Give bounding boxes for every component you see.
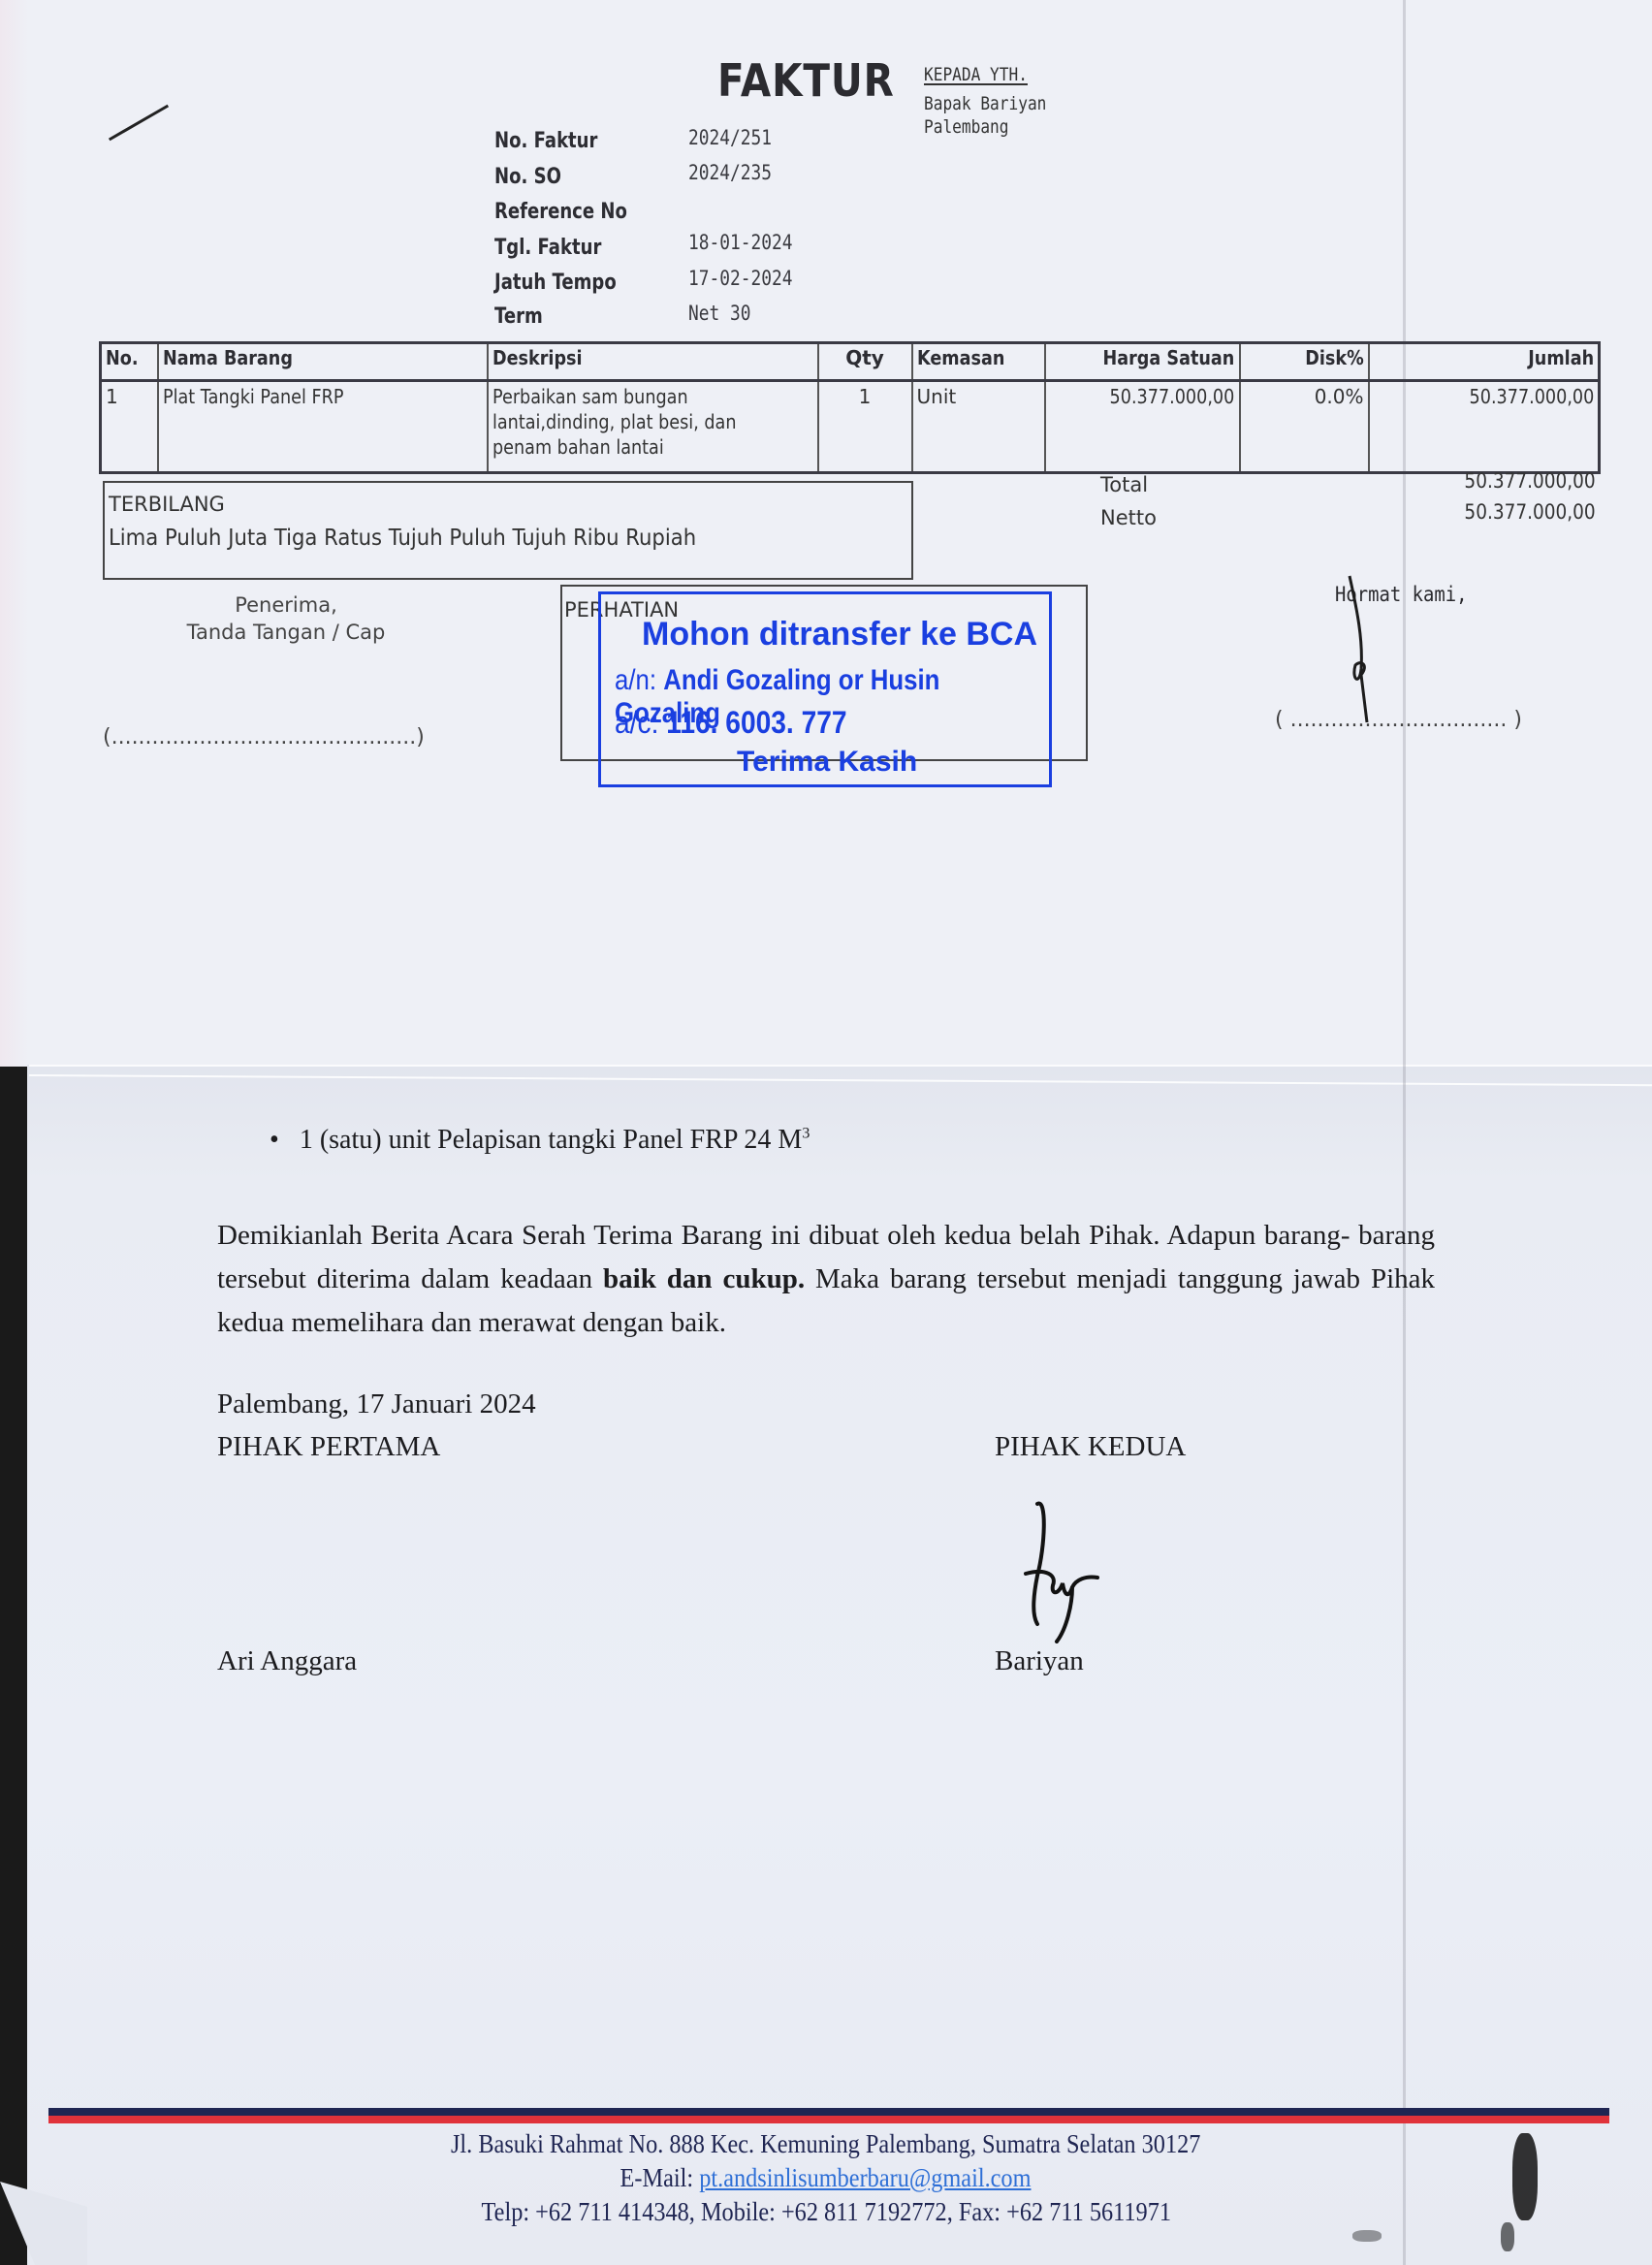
- footer-red-bar: [48, 2116, 1609, 2123]
- field-label-tgl-faktur: Tgl. Faktur: [494, 236, 601, 260]
- field-label-term: Term: [494, 304, 543, 329]
- receiver-caption: Penerima,: [155, 593, 417, 617]
- terbilang-label: TERBILANG: [109, 493, 225, 516]
- cell-kemasan: Unit: [912, 381, 1045, 473]
- col-header-deskripsi: Deskripsi: [488, 343, 818, 381]
- cell-disk: 0.0%: [1240, 381, 1369, 473]
- field-value-no-so: 2024/235: [688, 161, 772, 184]
- stamp-thanks: Terima Kasih: [737, 746, 917, 779]
- total-label: Total: [1100, 473, 1148, 496]
- second-party-name: Bariyan: [995, 1645, 1084, 1677]
- col-header-nama-barang: Nama Barang: [158, 343, 488, 381]
- field-label-no-so: No. SO: [494, 165, 561, 189]
- footer-phones: Telp: +62 711 414348, Mobile: +62 811 71…: [0, 2197, 1652, 2227]
- cell-no: 1: [101, 381, 158, 473]
- cell-deskripsi: Perbaikan sam bungan lantai,dinding, pla…: [488, 381, 818, 473]
- vertical-crease: [1403, 0, 1406, 2265]
- items-table: No. Nama Barang Deskripsi Qty Kemasan Ha…: [99, 341, 1601, 474]
- field-value-tgl-faktur: 18-01-2024: [688, 231, 792, 254]
- total-value: 50.377.000,00: [1446, 469, 1596, 493]
- place-date: Palembang, 17 Januari 2024: [217, 1388, 536, 1420]
- first-party-label: PIHAK PERTAMA: [217, 1431, 440, 1463]
- receiver-sign-caption: Tanda Tangan / Cap: [155, 621, 417, 644]
- first-party-name: Ari Anggara: [217, 1645, 357, 1677]
- bullet-icon: •: [270, 1125, 279, 1155]
- recipient-heading: KEPADA YTH.: [924, 64, 1028, 85]
- invoice-title: FAKTUR: [717, 54, 895, 107]
- col-header-harga-satuan: Harga Satuan: [1045, 343, 1240, 381]
- table-header-row: No. Nama Barang Deskripsi Qty Kemasan Ha…: [101, 343, 1600, 381]
- field-label-reference-no: Reference No: [494, 200, 627, 224]
- handover-paragraph: Demikianlah Berita Acara Serah Terima Ba…: [217, 1214, 1435, 1345]
- cell-harga-satuan: 50.377.000,00: [1045, 381, 1240, 473]
- table-row: 1 Plat Tangki Panel FRP Perbaikan sam bu…: [101, 381, 1600, 473]
- col-header-no: No.: [101, 343, 158, 381]
- recipient-name: Bapak Bariyan: [924, 93, 1046, 114]
- scan-smudge: [1352, 2230, 1382, 2242]
- stamp-account-number: a/c: 116. 6003. 777: [615, 705, 847, 741]
- field-value-jatuh-tempo: 17-02-2024: [688, 267, 792, 290]
- terbilang-box: TERBILANG Lima Puluh Juta Tiga Ratus Tuj…: [103, 481, 913, 580]
- footer-email-link[interactable]: pt.andsinlisumberbaru@gmail.com: [700, 2163, 1032, 2192]
- field-value-term: Net 30: [688, 302, 750, 325]
- stamp-transfer-instruction: Mohon ditransfer ke BCA: [642, 616, 1037, 654]
- bank-transfer-stamp: Mohon ditransfer ke BCA a/n: Andi Gozali…: [598, 591, 1052, 787]
- field-label-jatuh-tempo: Jatuh Tempo: [494, 271, 617, 295]
- handover-item: • 1 (satu) unit Pelapisan tangki Panel F…: [270, 1125, 810, 1156]
- col-header-qty: Qty: [818, 343, 912, 381]
- scan-smudge: [1512, 2133, 1538, 2220]
- cell-nama-barang: Plat Tangki Panel FRP: [158, 381, 488, 473]
- netto-value: 50.377.000,00: [1446, 500, 1596, 524]
- recipient-city: Palembang: [924, 116, 1009, 138]
- netto-label: Netto: [1100, 506, 1157, 529]
- cell-jumlah: 50.377.000,00: [1369, 381, 1600, 473]
- col-header-disk: Disk%: [1240, 343, 1369, 381]
- col-header-jumlah: Jumlah: [1369, 343, 1600, 381]
- scan-smudge: [1501, 2222, 1514, 2251]
- field-label-no-faktur: No. Faktur: [494, 129, 597, 153]
- footer-address: Jl. Basuki Rahmat No. 888 Kec. Kemuning …: [0, 2129, 1652, 2159]
- cell-qty: 1: [818, 381, 912, 473]
- sender-signature-icon: [1338, 572, 1386, 727]
- second-party-label: PIHAK KEDUA: [995, 1431, 1186, 1463]
- paper-fold-edge: [29, 1065, 1652, 1067]
- col-header-kemasan: Kemasan: [912, 343, 1045, 381]
- second-party-signature-icon: [1008, 1498, 1115, 1643]
- footer-navy-bar: [48, 2108, 1609, 2116]
- footer-email-line: E-Mail: pt.andsinlisumberbaru@gmail.com: [0, 2163, 1652, 2193]
- field-value-no-faktur: 2024/251: [688, 126, 772, 149]
- receiver-signature-line: (.......................................…: [103, 725, 425, 750]
- terbilang-text: Lima Puluh Juta Tiga Ratus Tujuh Puluh T…: [109, 526, 696, 551]
- sender-signature-line: ( ................................ ): [1275, 708, 1522, 732]
